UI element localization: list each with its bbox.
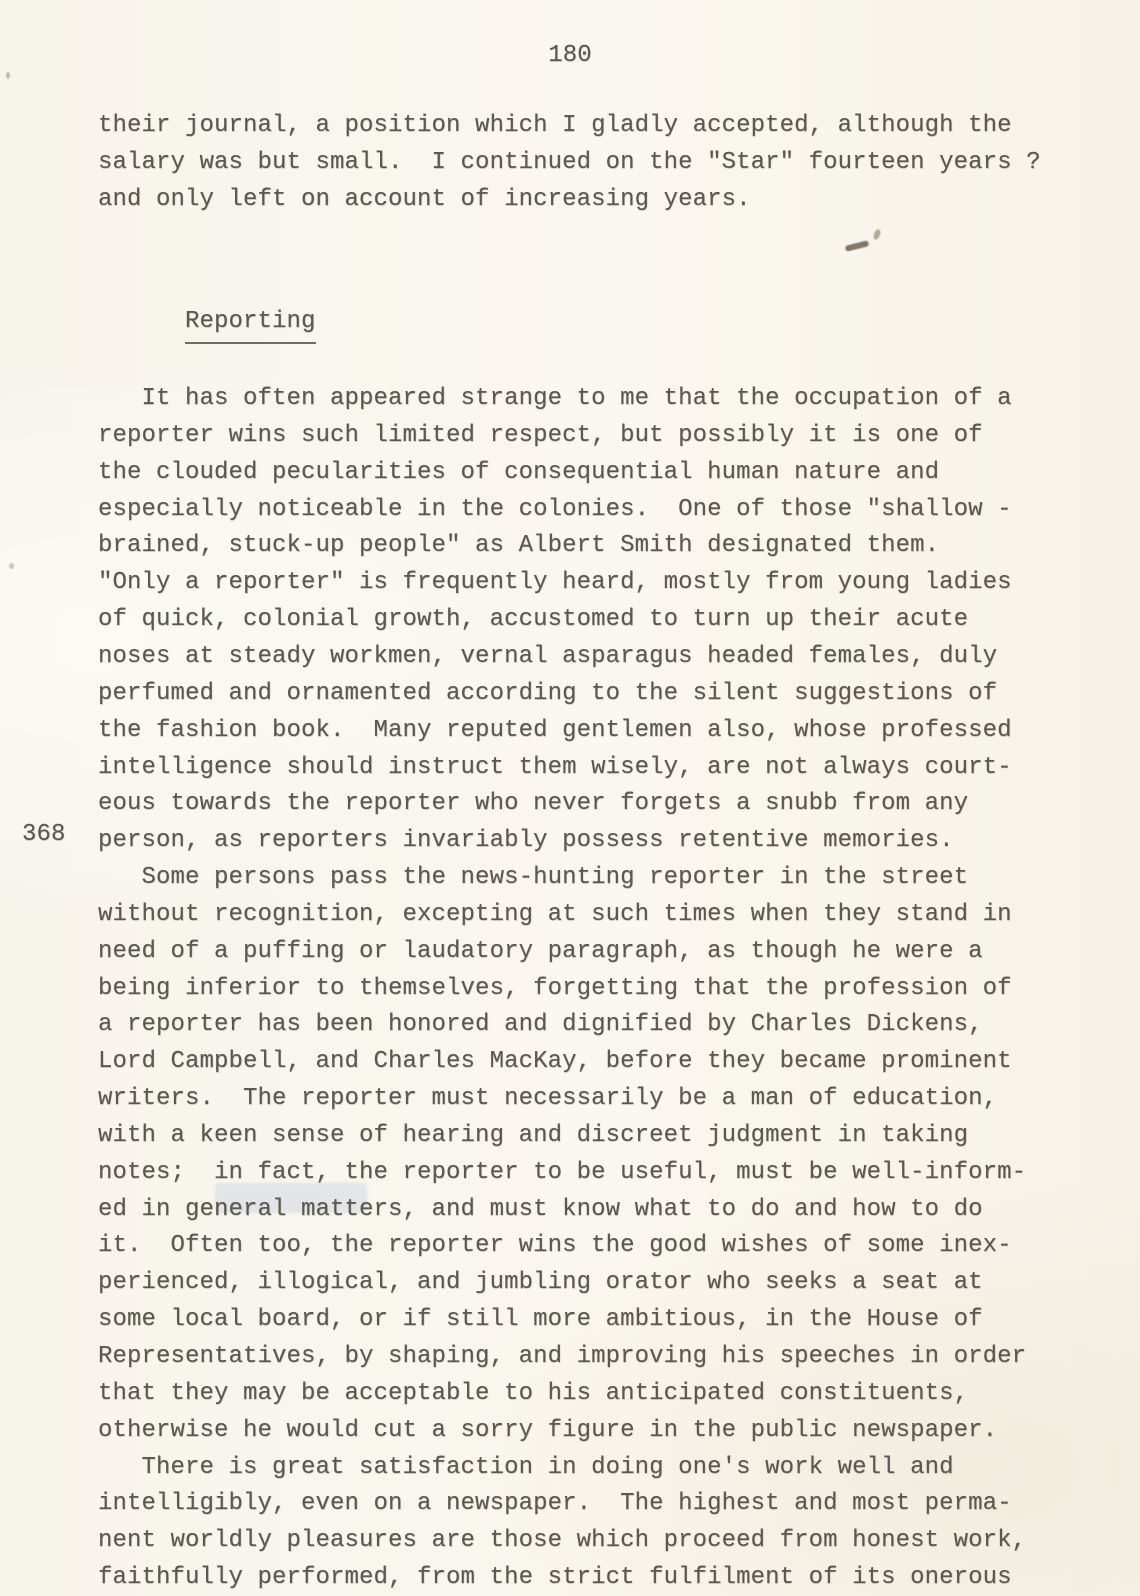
page-number: 180	[0, 38, 1140, 75]
scanned-typewritten-page: 180 their journal, a position which I gl…	[0, 0, 1140, 1596]
body-text: It has often appeared strange to me that…	[98, 381, 1078, 1596]
section-heading-row: Reporting	[98, 268, 1078, 382]
paper-speck	[6, 72, 10, 79]
section-heading: Reporting	[185, 304, 316, 344]
paper-speck	[9, 563, 14, 569]
text-block: their journal, a position which I gladly…	[98, 108, 1078, 1596]
opening-paragraph: their journal, a position which I gladly…	[98, 108, 1078, 219]
margin-number: 368	[22, 817, 66, 854]
